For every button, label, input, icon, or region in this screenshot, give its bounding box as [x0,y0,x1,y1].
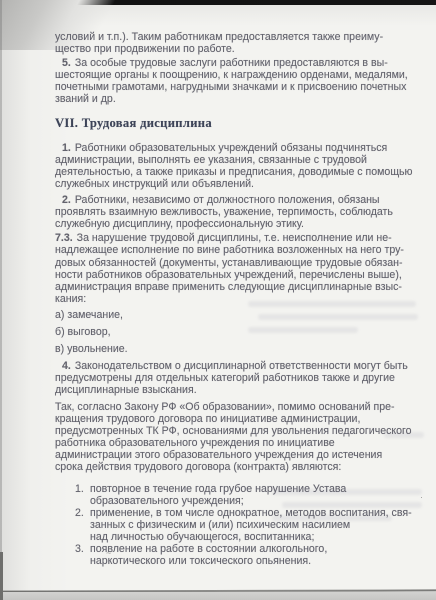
scanned-document-page: ~ · условий и т.п.). Таким работникам пр… [0,0,436,600]
item-number: 2. [62,194,75,206]
paragraph-tak: Так, согласно Закону РФ «Об образовании»… [55,401,427,474]
paragraph-text: Работники, независимо от должностного по… [55,194,393,230]
document-text-block: условий и т.п.). Таким работникам предос… [55,31,427,567]
section-heading: VII. Трудовая дисциплина [55,117,427,129]
paragraph-text: За особые трудовые заслуги работники пре… [55,57,408,105]
item-number: 1. [62,142,75,154]
list-item-number: 1. [75,483,90,507]
scanner-bottom-margin [0,592,436,600]
list-item-text: повторное в течение года грубое нарушени… [90,483,427,507]
paragraph-item-1: 1.Работники образовательных учреждений о… [55,142,427,190]
paragraph-item-5: 5.За особые трудовые заслуги работники п… [55,57,427,105]
list-item-text: появление на работе в состоянии алкоголь… [90,543,427,567]
page-left-edge-shadow [0,552,3,600]
list-item: 2.применение, в том числе однократное, м… [75,507,427,543]
dismissal-grounds-list: 1.повторное в течение года грубое наруше… [55,483,427,568]
paragraph-text: Так, согласно Закону РФ «Об образовании»… [55,401,412,473]
paragraph-continuation: условий и т.п.). Таким работникам предос… [55,31,427,55]
paragraph-item-7-3: 7.3.За нарушение трудовой дисциплины, т.… [55,232,427,305]
sanction-item-b: б) выговор, [55,326,427,338]
list-item-number: 2. [75,507,90,543]
list-item: 3.появление на работе в состоянии алкого… [75,543,427,567]
item-number: 4. [62,360,75,372]
item-number: 5. [62,57,75,69]
paragraph-item-2: 2.Работники, независимо от должностного … [55,194,427,230]
paragraph-text: За нарушение трудовой дисциплины, т.е. н… [55,232,404,304]
list-item-text: применение, в том числе однократное, мет… [90,507,427,543]
page-left-edge [0,0,2,600]
item-number: 7.3. [55,232,77,244]
list-item-number: 3. [75,543,90,567]
list-item: 1.повторное в течение года грубое наруше… [75,483,427,507]
sanction-item-v: в) увольнение. [55,343,427,355]
paragraph-text: условий и т.п.). Таким работникам предос… [55,31,383,55]
sanction-item-a: а) замечание, [55,309,427,321]
paragraph-text: Законодательством о дисциплинарной ответ… [55,360,408,396]
paragraph-text: Работники образовательных учреждений обя… [55,142,413,190]
paragraph-item-4: 4.Законодательством о дисциплинарной отв… [55,360,427,396]
